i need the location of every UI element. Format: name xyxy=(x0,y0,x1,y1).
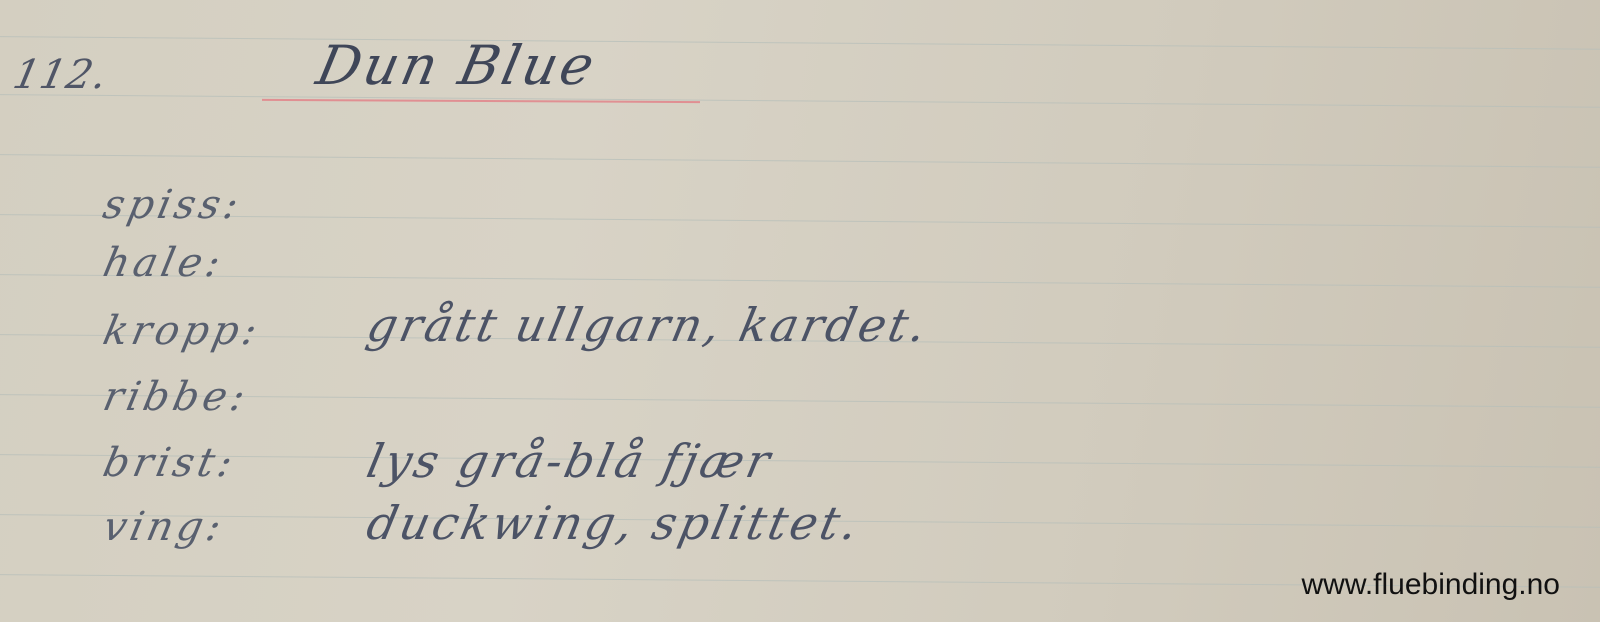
field-label-hale: hale: xyxy=(99,240,228,286)
field-label-brist: brist: xyxy=(99,440,240,486)
field-label-ribbe: ribbe: xyxy=(99,374,253,420)
field-label-kropp: kropp: xyxy=(99,308,265,354)
ruled-line xyxy=(0,36,1600,50)
notebook-page: 112. Dun Blue spiss: hale: kropp: grått … xyxy=(0,0,1600,622)
entry-title: Dun Blue xyxy=(311,34,602,97)
field-label-spiss: spiss: xyxy=(99,182,246,228)
field-label-ving: ving: xyxy=(99,504,229,550)
watermark-link: www.fluebinding.no xyxy=(1301,568,1560,602)
ruled-line xyxy=(0,454,1600,468)
ruled-line xyxy=(0,274,1600,288)
entry-number: 112. xyxy=(9,52,112,98)
field-value-ving: duckwing, splittet. xyxy=(362,496,865,550)
ruled-line xyxy=(0,94,1600,108)
ruled-line xyxy=(0,154,1600,168)
field-value-brist: lys grå-blå fjær xyxy=(362,434,778,488)
ruled-line xyxy=(0,214,1600,228)
field-value-kropp: grått ullgarn, kardet. xyxy=(362,298,934,352)
